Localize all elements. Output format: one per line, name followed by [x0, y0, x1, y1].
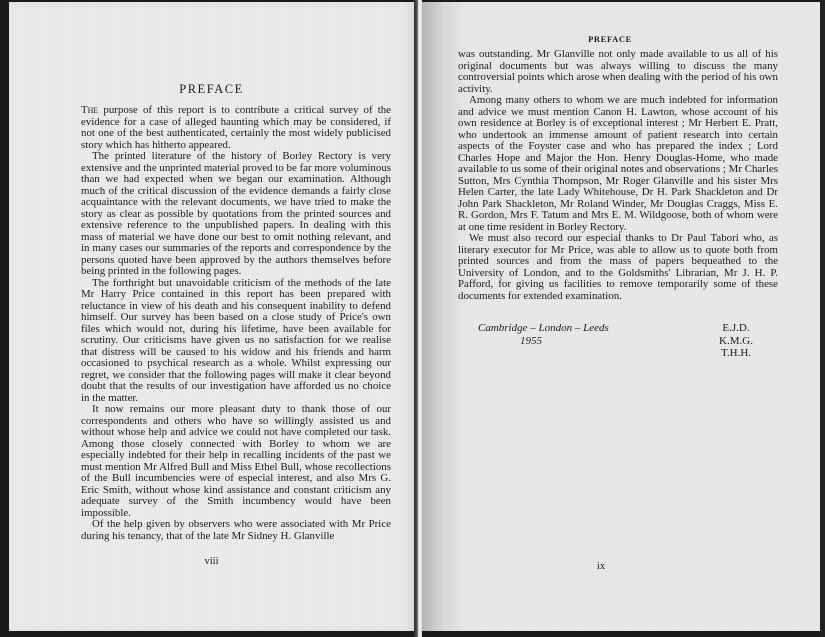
- signoff-year: 1955: [478, 335, 678, 348]
- right-page: PREFACE was outstanding. Mr Glanville no…: [422, 2, 820, 631]
- signoff-place: Cambridge – London – Leeds: [478, 322, 678, 335]
- left-body-text: The purpose of this report is to contrib…: [81, 105, 391, 542]
- page-number: viii: [9, 556, 414, 567]
- page-number: ix: [422, 561, 780, 572]
- book-gutter: [414, 0, 422, 637]
- running-head: PREFACE: [422, 34, 798, 44]
- signoff: Cambridge – London – Leeds 1955: [478, 322, 678, 347]
- chapter-title: PREFACE: [9, 82, 414, 97]
- paragraph: The purpose of this report is to contrib…: [81, 105, 391, 151]
- left-page: PREFACE The purpose of this report is to…: [9, 2, 414, 631]
- paragraph: It now remains our more pleasant duty to…: [81, 404, 391, 519]
- paragraph: The printed literature of the history of…: [81, 151, 391, 278]
- scan-edge: [820, 0, 825, 637]
- paragraph: We must also record our especial thanks …: [458, 233, 778, 302]
- initials: E.J.D.: [706, 322, 766, 335]
- paragraph: Of the help given by observers who were …: [81, 519, 391, 542]
- paragraph: Among many others to whom we are much in…: [458, 95, 778, 233]
- right-body-text: was outstanding. Mr Glanville not only m…: [458, 49, 778, 302]
- paragraph: The forthright but unavoidable criticism…: [81, 278, 391, 405]
- author-initials: E.J.D. K.M.G. T.H.H.: [706, 322, 766, 360]
- paragraph: was outstanding. Mr Glanville not only m…: [458, 49, 778, 95]
- initials: T.H.H.: [706, 347, 766, 360]
- initials: K.M.G.: [706, 335, 766, 348]
